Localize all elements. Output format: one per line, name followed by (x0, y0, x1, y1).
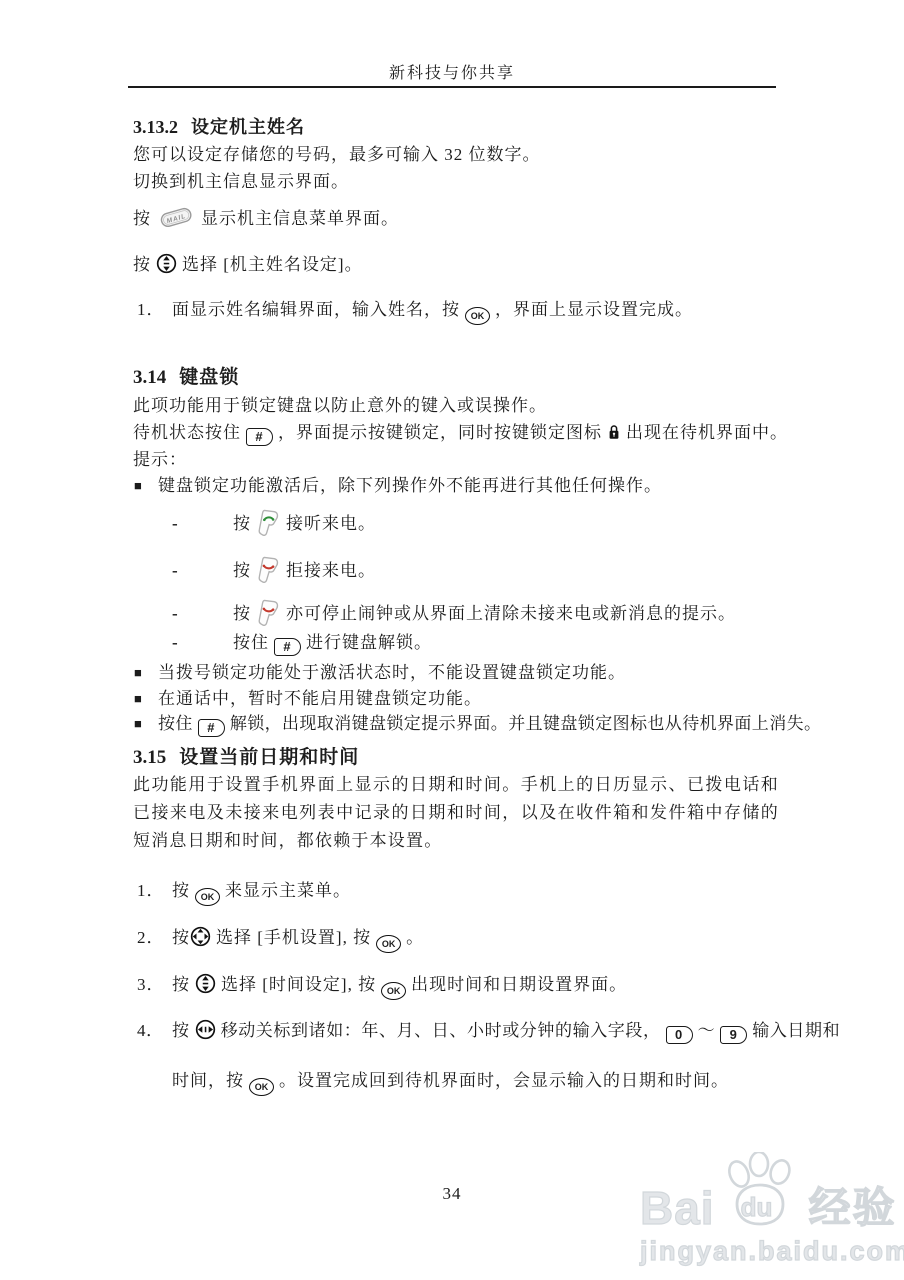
heading-text: 键盘锁 (179, 367, 239, 388)
baidu-paw-icon: du (717, 1152, 803, 1228)
line-text: 按 (133, 209, 151, 228)
line-text: 待机状态按住 (133, 423, 241, 442)
dash-marker: - (172, 630, 233, 656)
instruction-line: 按选择 [机主姓名设定]。 (133, 252, 363, 282)
pound-key-label: # (207, 720, 214, 735)
line-text: 。设置完成回到待机界面时，会显示输入的日期和时间。 (279, 1071, 729, 1090)
sub-item: -按住#进行键盘解锁。 (172, 630, 432, 656)
line-text: 拒接来电。 (286, 561, 376, 580)
line-text: 按 (172, 1021, 190, 1040)
header-rule (128, 86, 776, 88)
baidu-watermark: Bai du 经验 jingyan.baidu.com (640, 1152, 904, 1267)
paragraph: 此功能用于设置手机界面上显示的日期和时间。手机上的日历显示、已拨电话和已接来电及… (133, 771, 779, 855)
reject-key-icon (257, 570, 280, 589)
line-text: 选择 [机主姓名设定]。 (182, 255, 363, 274)
line-text: 出现在待机界面中。 (626, 423, 788, 442)
dash-marker: - (172, 601, 233, 627)
mail-key-icon: MAIL (155, 216, 197, 235)
tip-label: 提示： (133, 447, 187, 473)
digit9-key-icon: 9 (720, 1026, 747, 1044)
line-text: 在通话中，暂时不能启用键盘锁定功能。 (158, 689, 482, 708)
numbered-item: 1．按OK来显示主菜单。 (137, 878, 351, 906)
sub-item: -按拒接来电。 (172, 555, 376, 593)
updown-key-icon (195, 979, 216, 998)
section-heading-3-15: 3.15设置当前日期和时间 (133, 742, 359, 769)
bullet-marker: ■ (134, 473, 158, 499)
bullet-marker: ■ (134, 686, 158, 712)
line-text: 进行键盘解锁。 (306, 633, 432, 652)
line-text: 选择 [时间设定], 按 (221, 975, 376, 994)
line-text: 当拨号锁定功能处于激活状态时，不能设置键盘锁定功能。 (158, 663, 626, 682)
paragraph: 切换到机主信息显示界面。 (133, 169, 349, 195)
ok-key-label: OK (387, 986, 401, 996)
pound-key-icon: # (274, 638, 301, 656)
line-text: 按 (172, 928, 190, 947)
numbered-item: 4．按移动关标到诸如：年、月、日、小时或分钟的输入字段，0～9输入日期和 (137, 1018, 840, 1048)
baidu-logo-text-bai: Bai (640, 1188, 715, 1228)
pound-key-label: # (255, 429, 262, 444)
line-text: 选择 [手机设置], 按 (216, 928, 371, 947)
item-number: 1． (137, 297, 172, 323)
digit0-key-label: 0 (675, 1027, 682, 1042)
ok-key-icon: OK (381, 982, 406, 1000)
ok-key-label: OK (201, 892, 215, 902)
item-number: 1． (137, 878, 172, 904)
line-text: 按 (233, 604, 251, 623)
line-text: 键盘锁定功能激活后，除下列操作外不能再进行其他任何操作。 (158, 476, 662, 495)
line-text: 按 (233, 561, 251, 580)
numbered-item: 3．按选择 [时间设定], 按OK出现时间和日期设置界面。 (137, 972, 627, 1002)
digit9-key-label: 9 (730, 1027, 737, 1042)
line-text: ～ (698, 1021, 716, 1040)
watermark-url: jingyan.baidu.com (640, 1236, 904, 1267)
bullet-item: ■当拨号锁定功能处于激活状态时，不能设置键盘锁定功能。 (134, 660, 626, 686)
leftright-key-icon (195, 1025, 216, 1044)
page-header: 新科技与你共享 (0, 60, 904, 83)
baidu-logo-text-du: du (741, 1192, 773, 1223)
numbered-item: 1．面显示姓名编辑界面，输入姓名，按OK，界面上显示设置完成。 (137, 297, 693, 325)
instruction-line: 按MAIL显示机主信息菜单界面。 (133, 203, 399, 239)
line-text: 按 (172, 881, 190, 900)
updown-key-icon (156, 259, 177, 278)
digit0-key-icon: 0 (666, 1026, 693, 1044)
line-text: 按 (133, 255, 151, 274)
line-text: 出现时间和日期设置界面。 (411, 975, 627, 994)
pound-key-icon: # (246, 428, 273, 446)
line-text: 按住 (233, 633, 269, 652)
item-number: 2． (137, 925, 172, 951)
line-text: ，界面上显示设置完成。 (495, 300, 693, 319)
bullet-marker: ■ (134, 660, 158, 686)
answer-key-icon (257, 523, 280, 542)
line-text: 亦可停止闹钟或从界面上清除未接来电或新消息的提示。 (286, 604, 736, 623)
bullet-item: ■按住#解锁，出现取消键盘锁定提示界面。并且键盘锁定图标也从待机界面上消失。 (134, 711, 821, 737)
paragraph: 您可以设定存储您的号码，最多可输入 32 位数字。 (133, 142, 541, 168)
line-text: 面显示姓名编辑界面，输入姓名，按 (172, 300, 460, 319)
line-text: 时间，按 (172, 1071, 244, 1090)
item-number: 4． (137, 1018, 172, 1044)
line-text: 移动关标到诸如：年、月、日、小时或分钟的输入字段， (221, 1021, 661, 1040)
paragraph: 此项功能用于锁定键盘以防止意外的键入或误操作。 (133, 393, 547, 419)
line-text: 来显示主菜单。 (225, 881, 351, 900)
nav-key-icon (190, 932, 211, 951)
line-text: 按住 (158, 714, 193, 733)
line-text: 解锁，出现取消键盘锁定提示界面。并且键盘锁定图标也从待机界面上消失。 (230, 714, 822, 733)
pound-key-label: # (283, 639, 290, 654)
bullet-marker: ■ (134, 711, 158, 737)
dash-marker: - (172, 511, 233, 537)
manual-page: 新科技与你共享 3.13.2设定机主姓名 您可以设定存储您的号码，最多可输入 3… (0, 0, 904, 1280)
line-text: 。 (406, 928, 424, 947)
paragraph-with-icons: 待机状态按住#，界面提示按键锁定，同时按键锁定图标出现在待机界面中。 (133, 420, 788, 448)
numbered-item: 2．按选择 [手机设置], 按OK。 (137, 925, 424, 955)
ok-key-icon: OK (249, 1078, 274, 1096)
pound-key-icon: # (198, 719, 225, 737)
line-text: ，界面提示按键锁定，同时按键锁定图标 (278, 423, 602, 442)
dash-marker: - (172, 558, 233, 584)
heading-text: 设置当前日期和时间 (179, 747, 359, 768)
lock-icon (608, 425, 620, 444)
line-text: 显示机主信息菜单界面。 (201, 209, 399, 228)
sub-item: -按接听来电。 (172, 508, 376, 546)
ok-key-label: OK (471, 311, 485, 321)
bullet-item: ■键盘锁定功能激活后，除下列操作外不能再进行其他任何操作。 (134, 473, 662, 499)
line-text: 按 (172, 975, 190, 994)
section-heading-3-13-2: 3.13.2设定机主姓名 (133, 113, 305, 139)
item-number: 3． (137, 972, 172, 998)
ok-key-icon: OK (465, 307, 490, 325)
bullet-item: ■在通话中，暂时不能启用键盘锁定功能。 (134, 686, 482, 712)
numbered-item-continued: 时间，按OK。设置完成回到待机界面时，会显示输入的日期和时间。 (172, 1068, 729, 1096)
line-text: 接听来电。 (286, 514, 376, 533)
ok-key-icon: OK (195, 888, 220, 906)
heading-number: 3.13.2 (133, 117, 178, 137)
line-text: 输入日期和 (752, 1021, 840, 1040)
ok-key-label: OK (382, 939, 396, 949)
section-heading-3-14: 3.14键盘锁 (133, 362, 239, 389)
heading-number: 3.14 (133, 367, 166, 388)
heading-text: 设定机主姓名 (191, 117, 305, 137)
line-text: 按 (233, 514, 251, 533)
baidu-logo-text-jingyan: 经验 (809, 1188, 897, 1228)
ok-key-label: OK (255, 1082, 269, 1092)
ok-key-icon: OK (376, 935, 401, 953)
baidu-logo: Bai du 经验 (640, 1152, 904, 1228)
heading-number: 3.15 (133, 747, 166, 768)
